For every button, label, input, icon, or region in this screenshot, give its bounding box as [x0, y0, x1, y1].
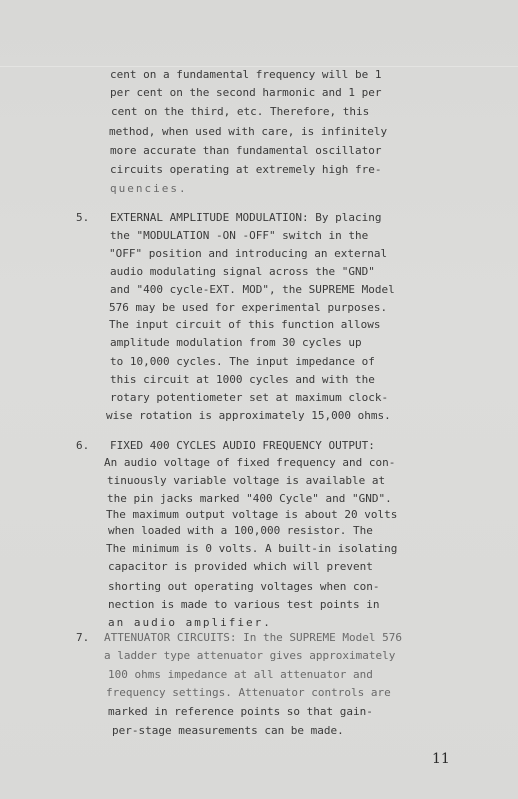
section-heading-line: EXTERNAL AMPLITUDE MODULATION: By placin… — [110, 211, 448, 225]
text-line: method, when used with care, is infinite… — [109, 125, 448, 139]
text-line: more accurate than fundamental oscillato… — [110, 144, 448, 158]
text-line: a ladder type attenuator gives approxima… — [104, 649, 448, 663]
text-line: shorting out operating voltages when con… — [108, 580, 448, 594]
text-line: rotary potentiometer set at maximum cloc… — [110, 391, 448, 405]
text-line: per-stage measurements can be made. — [112, 724, 419, 738]
text-line: quencies. — [110, 182, 188, 196]
text-line: "OFF" position and introducing an extern… — [109, 247, 448, 261]
text-line: tinuously variable voltage is available … — [107, 474, 448, 488]
text-line: marked in reference points so that gain- — [108, 705, 445, 719]
text-line: amplitude modulation from 30 cycles up — [110, 336, 448, 350]
text-line: audio modulating signal across the "GND" — [110, 265, 448, 279]
text-line: 100 ohms impedance at all attenuator and — [108, 668, 447, 682]
text-line: the pin jacks marked "400 Cycle" and "GN… — [107, 492, 448, 506]
text-line: frequency settings. Attenuator controls … — [106, 686, 448, 700]
paper-fold — [0, 66, 518, 67]
text-line: and "400 cycle-EXT. MOD", the SUPREME Mo… — [110, 283, 448, 297]
section-number: 7. — [76, 631, 89, 644]
text-line: this circuit at 1000 cycles and with the — [110, 373, 448, 387]
section-heading-line: ATTENUATOR CIRCUITS: In the SUPREME Mode… — [104, 631, 448, 645]
text-line: per cent on the second harmonic and 1 pe… — [110, 86, 448, 100]
text-line: nection is made to various test points i… — [108, 598, 448, 612]
text-line: when loaded with a 100,000 resistor. The — [108, 524, 448, 538]
text-line: 576 may be used for experimental purpose… — [109, 301, 448, 315]
page-number: 11 — [432, 751, 450, 767]
text-line: The input circuit of this function allow… — [109, 318, 448, 332]
section-number: 5. — [76, 211, 89, 224]
text-line: wise rotation is approximately 15,000 oh… — [106, 409, 448, 423]
document-page: cent on a fundamental frequency will be … — [0, 0, 518, 799]
text-line: An audio voltage of fixed frequency and … — [104, 456, 448, 470]
text-line: cent on the third, etc. Therefore, this — [111, 105, 448, 119]
text-line: cent on a fundamental frequency will be … — [110, 68, 448, 82]
text-line: The minimum is 0 volts. A built-in isola… — [106, 542, 448, 556]
text-line: the "MODULATION -ON -OFF" switch in the — [110, 229, 448, 243]
section-heading-line: FIXED 400 CYCLES AUDIO FREQUENCY OUTPUT: — [110, 439, 447, 453]
text-line: an audio amplifier. — [108, 616, 272, 630]
section-number: 6. — [76, 439, 89, 452]
text-line: circuits operating at extremely high fre… — [110, 163, 448, 177]
text-line: The maximum output voltage is about 20 v… — [106, 508, 448, 522]
text-line: capacitor is provided which will prevent — [108, 560, 446, 574]
text-line: to 10,000 cycles. The input impedance of — [110, 355, 448, 369]
